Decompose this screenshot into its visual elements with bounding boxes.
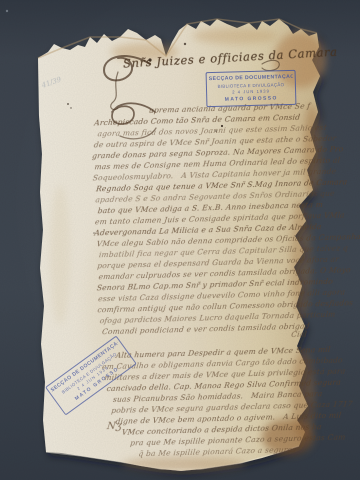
- manuscript-line: Comandi pondiciand e ver condis tamsilad…: [102, 322, 310, 335]
- manuscript-photo: Snr̃s Juizes e officiaes da Camara 41/39…: [0, 0, 360, 480]
- stamp-line-4: MATO GROSSO: [209, 95, 293, 105]
- manuscript-text-layer: Snr̃s Juizes e officiaes da Camara 41/39…: [0, 0, 360, 480]
- manuscript-line: Nʒ: [106, 422, 122, 432]
- manuscript-line: Cial: [291, 330, 308, 338]
- archive-stamp-top: SECÇÃO DE DOCUMENTAÇÃO BIBLIOTECA E DIVU…: [206, 70, 297, 108]
- manuscript-line: q̃ ba Me ispilile pionará Cazo a seguros: [138, 446, 297, 458]
- pencil-note: 41/39: [41, 76, 62, 89]
- page-heading: Snr̃s Juizes e officiaes da Camara: [123, 47, 338, 70]
